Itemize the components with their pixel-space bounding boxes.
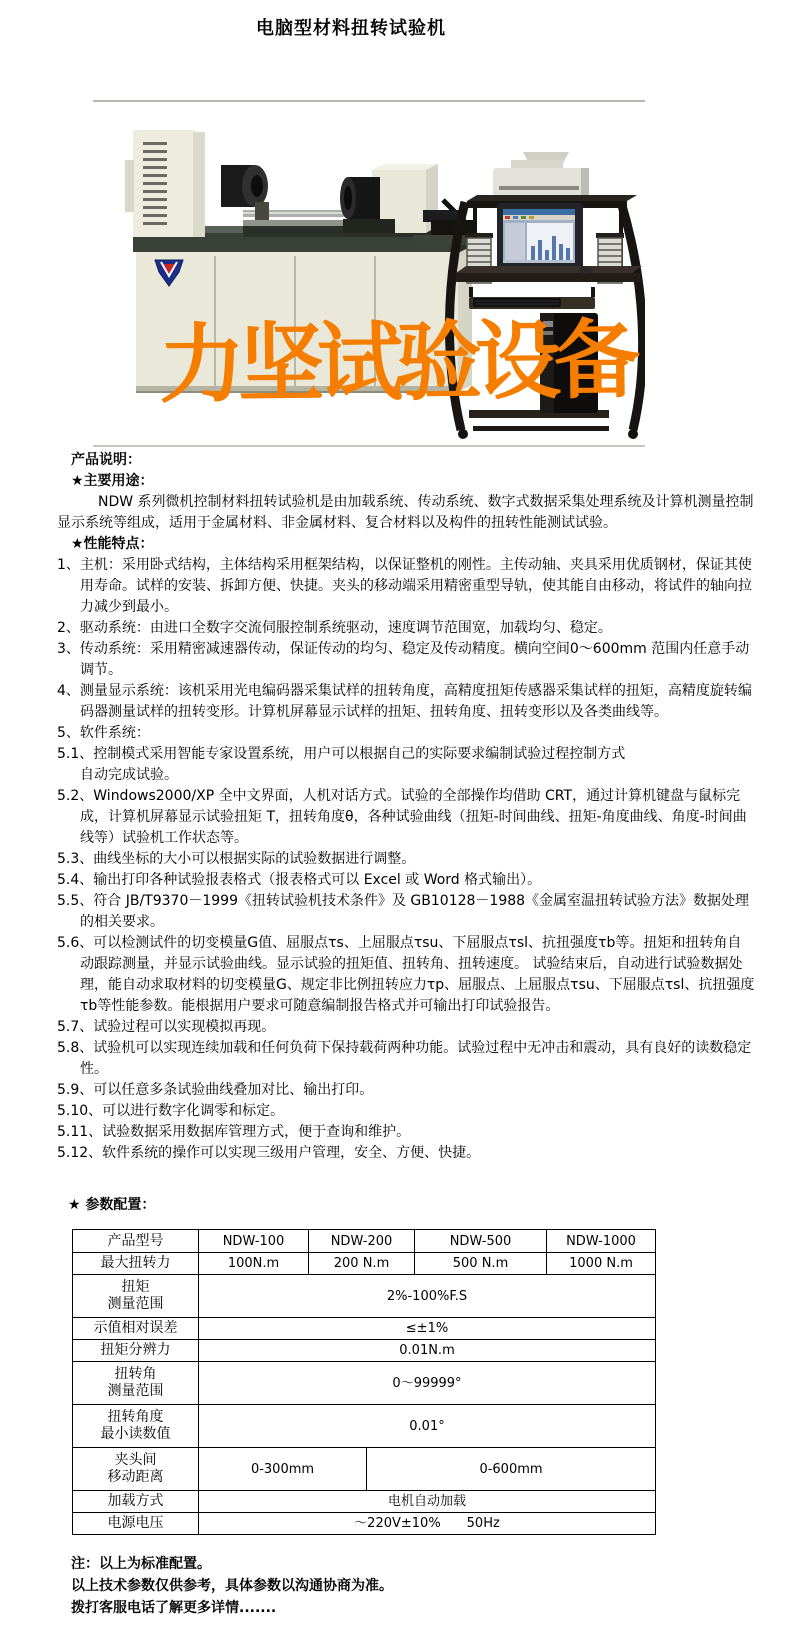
- notes: 注：以上为标准配置。 以上技术参数仅供参考，具体参数以沟通协商为准。 拨打客服电…: [71, 1553, 393, 1619]
- table-row-label: 扭转角 测量范围: [73, 1362, 199, 1405]
- table-row-label: 加载方式: [73, 1491, 199, 1513]
- table-row: 扭转角度 最小读数值0.01°: [73, 1405, 656, 1448]
- section-heading-params: ★ 参数配置：: [68, 1194, 155, 1214]
- table-cell: 0～99999°: [199, 1362, 656, 1405]
- feature-item: 5.12、软件系统的操作可以实现三级用户管理，安全、方便、快捷。: [57, 1143, 755, 1164]
- table-row-label: 扭矩分辨力: [73, 1340, 199, 1362]
- table-header-row: 产品型号NDW-100NDW-200NDW-500NDW-1000: [73, 1230, 656, 1253]
- section-heading-usage: ★主要用途：: [57, 471, 755, 492]
- product-photo: 力坚试验设备: [93, 100, 645, 447]
- table-cell: 0-300mm: [199, 1448, 367, 1491]
- table-row: 扭转角 测量范围0～99999°: [73, 1362, 656, 1405]
- watermark-text: 力坚试验设备: [159, 317, 650, 408]
- feature-item: 5.5、符合 JB/T9370－1999《扭转试验机技术条件》及 GB10128…: [57, 891, 755, 933]
- table-row-label: 扭矩 测量范围: [73, 1275, 199, 1318]
- table-row-label: 扭转角度 最小读数值: [73, 1405, 199, 1448]
- feature-item: 5.4、输出打印各种试验报表格式（报表格式可以 Excel 或 Word 格式输…: [57, 870, 755, 891]
- table-cell: 0.01°: [199, 1405, 656, 1448]
- table-cell: 100N.m: [199, 1253, 309, 1275]
- table-row-label: 示值相对误差: [73, 1318, 199, 1340]
- table-row: 电源电压～220V±10% 50Hz: [73, 1513, 656, 1535]
- feature-item: 5.10、可以进行数字化调零和标定。: [57, 1101, 755, 1122]
- table-cell: ～220V±10% 50Hz: [199, 1513, 656, 1535]
- section-heading-product-desc: 产品说明：: [57, 450, 755, 471]
- table-row: 示值相对误差≤±1%: [73, 1318, 656, 1340]
- feature-item: 1、主机：采用卧式结构，主体结构采用框架结构，以保证整机的刚性。主传动轴、夹具采…: [57, 555, 755, 618]
- table-cell: NDW-1000: [547, 1230, 656, 1253]
- table-row: 加载方式电机自动加载: [73, 1491, 656, 1513]
- table-cell: NDW-500: [415, 1230, 547, 1253]
- table-cell: NDW-100: [199, 1230, 309, 1253]
- feature-item: 4、测量显示系统：该机采用光电编码器采集试样的扭转角度，高精度扭矩传感器采集试样…: [57, 681, 755, 723]
- table-cell: 500 N.m: [415, 1253, 547, 1275]
- table-cell: 200 N.m: [309, 1253, 415, 1275]
- feature-item: 5.3、曲线坐标的大小可以根据实际的试验数据进行调整。: [57, 849, 755, 870]
- features-list: 1、主机：采用卧式结构，主体结构采用框架结构，以保证整机的刚性。主传动轴、夹具采…: [57, 555, 755, 1164]
- table-cell: NDW-200: [309, 1230, 415, 1253]
- table-row-label: 夹头间 移动距离: [73, 1448, 199, 1491]
- table-cell: 1000 N.m: [547, 1253, 656, 1275]
- product-page: 电脑型材料扭转试验机: [0, 0, 793, 1635]
- table-row: 扭矩分辨力0.01N.m: [73, 1340, 656, 1362]
- table-row-label: 产品型号: [73, 1230, 199, 1253]
- table-row-label: 最大扭转力: [73, 1253, 199, 1275]
- feature-item: 5.6、可以检测试件的切变模量G值、屈服点τs、上屈服点τsu、下屈服点τsl、…: [57, 933, 755, 1017]
- note-line: 拨打客服电话了解更多详情.......: [71, 1597, 393, 1619]
- feature-item: 5.7、试验过程可以实现模拟再现。: [57, 1017, 755, 1038]
- spec-table: 产品型号NDW-100NDW-200NDW-500NDW-1000最大扭转力10…: [72, 1229, 656, 1535]
- feature-item: 5、软件系统：: [57, 723, 755, 744]
- table-cell: ≤±1%: [199, 1318, 656, 1340]
- table-cell: 2%-100%F.S: [199, 1275, 656, 1318]
- table-cell: 0.01N.m: [199, 1340, 656, 1362]
- feature-item: 5.2、Windows2000/XP 全中文界面，人机对话方式。试验的全部操作均…: [57, 786, 755, 849]
- feature-item: 3、传动系统：采用精密减速器传动，保证传动的均匀、稳定及传动精度。横向空间0～6…: [57, 639, 755, 681]
- note-line: 以上技术参数仅供参考，具体参数以沟通协商为准。: [71, 1575, 393, 1597]
- feature-item: 5.11、试验数据采用数据库管理方式，便于查询和维护。: [57, 1122, 755, 1143]
- table-row: 扭矩 测量范围2%-100%F.S: [73, 1275, 656, 1318]
- feature-item: 2、驱动系统：由进口全数字交流伺服控制系统驱动，速度调节范围宽，加载均匀、稳定。: [57, 618, 755, 639]
- table-row: 夹头间 移动距离0-300mm0-600mm: [73, 1448, 656, 1491]
- table-row-label: 电源电压: [73, 1513, 199, 1535]
- feature-item: 5.8、试验机可以实现连续加载和任何负荷下保持载荷两种功能。试验过程中无冲击和震…: [57, 1038, 755, 1080]
- page-title: 电脑型材料扭转试验机: [0, 14, 702, 40]
- table-cell: 电机自动加载: [199, 1491, 656, 1513]
- feature-item: 5.1、控制模式采用智能专家设置系统，用户可以根据自己的实际要求编制试验过程控制…: [57, 744, 755, 786]
- table-cell: 0-600mm: [367, 1448, 656, 1491]
- usage-paragraph: NDW 系列微机控制材料扭转试验机是由加载系统、传动系统、数字式数据采集处理系统…: [57, 492, 755, 534]
- feature-item: 5.9、可以任意多条试验曲线叠加对比、输出打印。: [57, 1080, 755, 1101]
- product-description: 产品说明： ★主要用途： NDW 系列微机控制材料扭转试验机是由加载系统、传动系…: [57, 450, 755, 1164]
- table-row: 最大扭转力100N.m200 N.m500 N.m1000 N.m: [73, 1253, 656, 1275]
- note-line: 注：以上为标准配置。: [71, 1553, 393, 1575]
- section-heading-features: ★性能特点：: [57, 534, 755, 555]
